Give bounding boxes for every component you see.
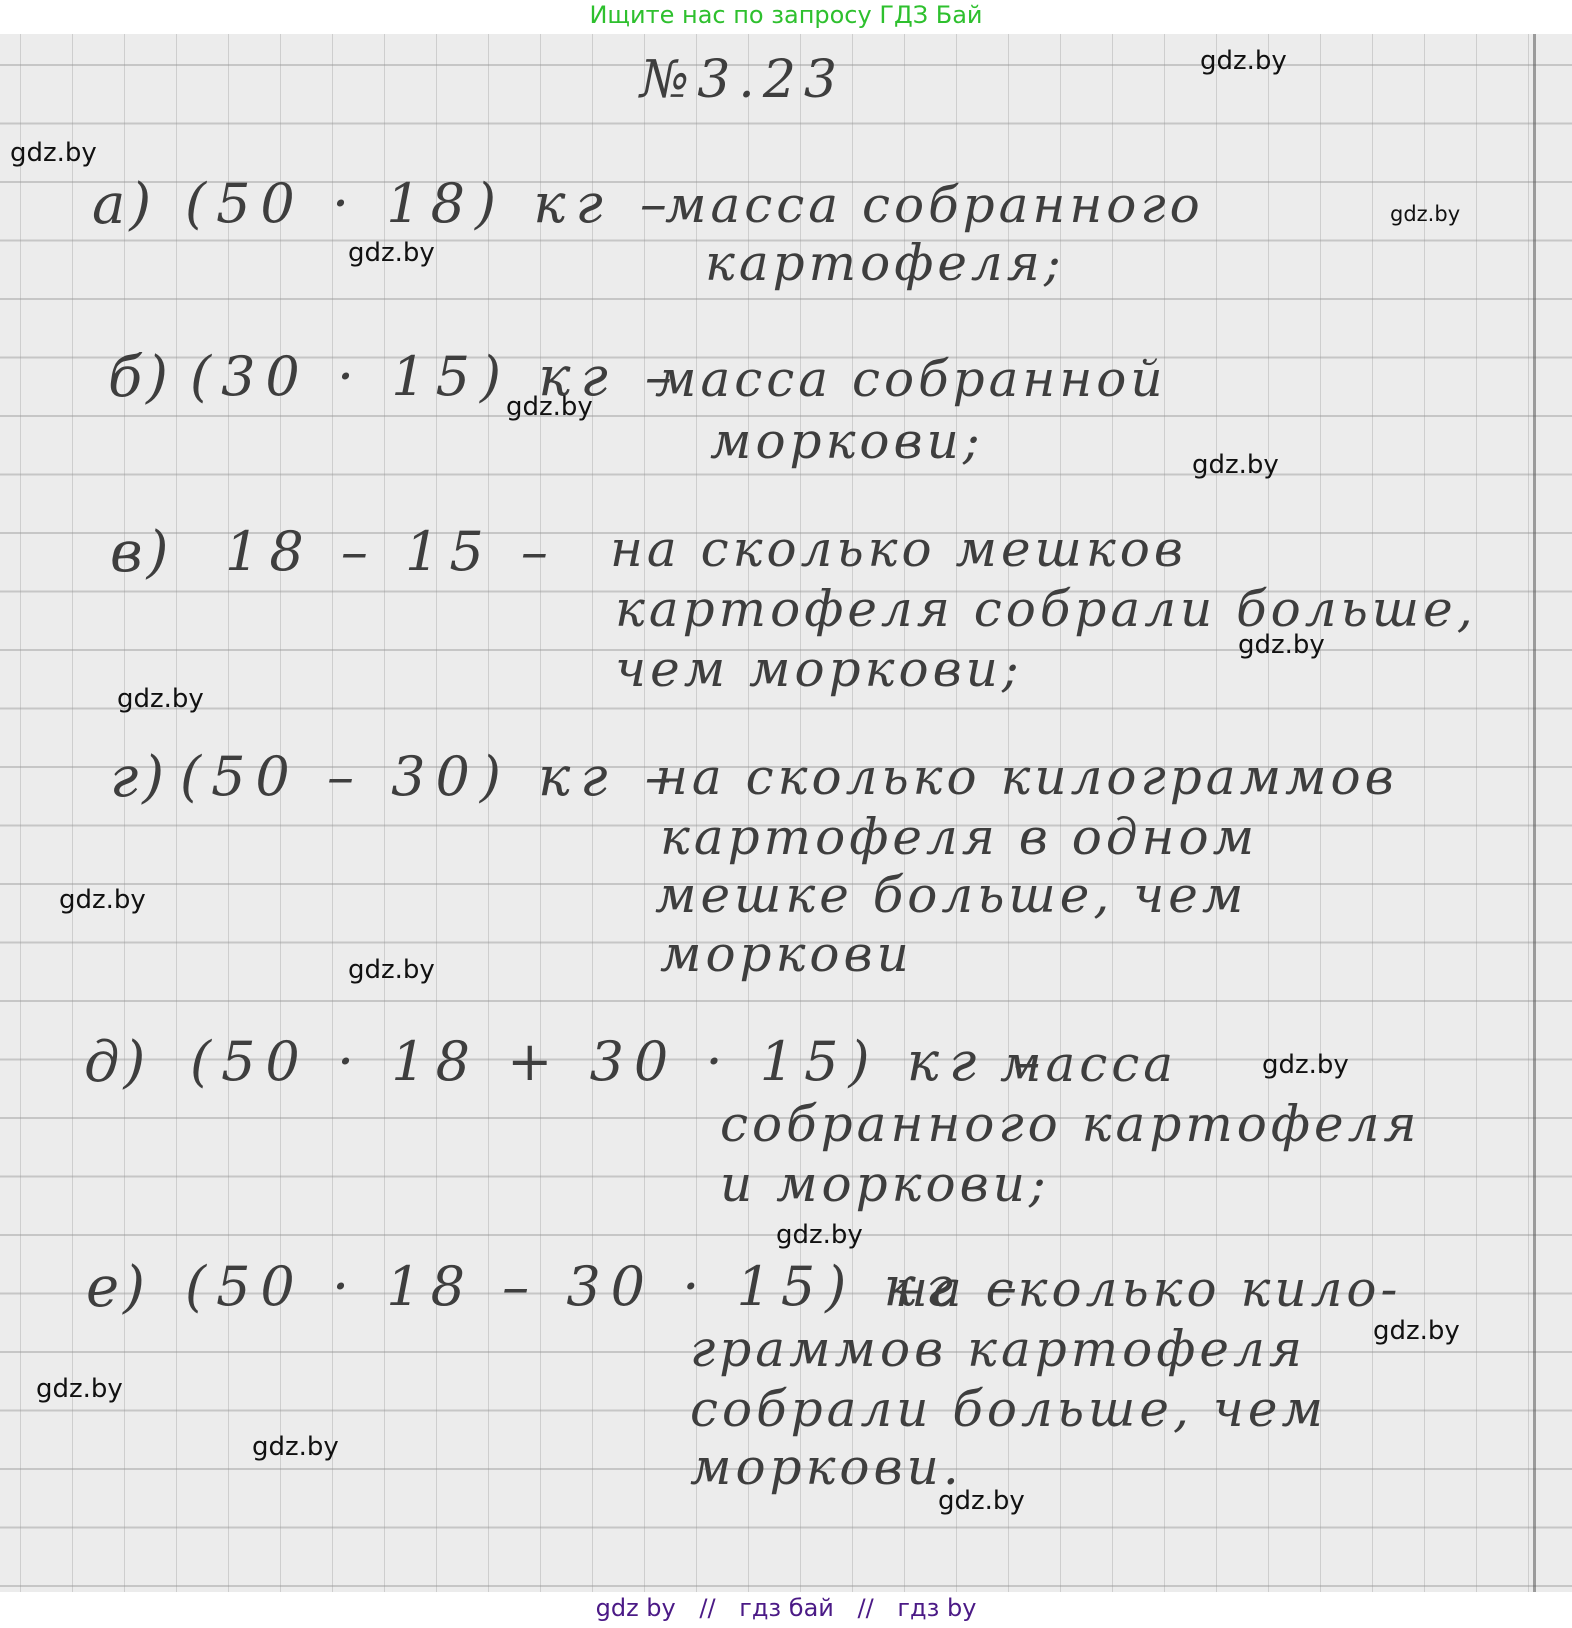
item-g-line-4: моркови: [660, 925, 913, 983]
watermark: gdz.by: [506, 392, 593, 422]
item-g-line-2: картофеля в одном: [660, 808, 1258, 866]
watermark: gdz.by: [1262, 1050, 1349, 1080]
watermark: gdz.by: [348, 238, 435, 268]
item-v-line-2: картофеля собрали больше,: [615, 580, 1477, 638]
watermark: gdz.by: [117, 684, 204, 714]
item-a-expression: (50 · 18) кг –: [185, 172, 677, 235]
item-b-line-1: масса собранной: [655, 350, 1167, 408]
item-b-line-2: моркови;: [710, 412, 984, 470]
search-hint-banner: Ищите нас по запросу ГДЗ Бай: [0, 0, 1572, 34]
item-e-label: е): [86, 1255, 149, 1320]
item-g-line-1: на сколько килограммов: [655, 748, 1398, 806]
footer-link-gdz-by-cyr[interactable]: гдз by: [897, 1594, 976, 1622]
footer-link-gdz-bay[interactable]: гдз бай: [739, 1594, 834, 1622]
watermark: gdz.by: [59, 885, 146, 915]
watermark: gdz.by: [252, 1432, 339, 1462]
item-v-line-3: чем моркови;: [615, 640, 1023, 698]
watermark: gdz.by: [1238, 630, 1325, 660]
item-g-expression: (50 – 30) кг –: [180, 745, 682, 808]
footer-separator: //: [858, 1594, 874, 1622]
item-d-label: д): [84, 1030, 149, 1095]
item-e-line-3: собрали больше, чем: [690, 1380, 1327, 1438]
watermark: gdz.by: [1373, 1316, 1460, 1346]
item-v-line-1: на сколько мешков: [610, 520, 1187, 578]
item-a-label: а): [92, 172, 155, 237]
watermark: gdz.by: [1192, 450, 1279, 480]
watermark: gdz.by: [938, 1486, 1025, 1516]
item-a-line-1: масса собранного: [665, 176, 1204, 234]
item-b-label: б): [108, 345, 172, 410]
item-e-line-4: моркови.: [690, 1438, 963, 1496]
item-e-line-1: на сколько кило-: [895, 1260, 1401, 1318]
watermark: gdz.by: [348, 955, 435, 985]
item-d-line-2: собранного картофеля: [720, 1095, 1421, 1153]
item-v-label: в): [110, 520, 172, 585]
item-b-expression: (30 · 15) кг –: [190, 345, 682, 408]
watermark: gdz.by: [36, 1374, 123, 1404]
watermark: gdz.by: [10, 138, 97, 168]
item-v-expression: 18 – 15 –: [225, 520, 558, 583]
item-a-line-2: картофеля;: [705, 234, 1065, 292]
item-d-line-1: масса: [1000, 1035, 1177, 1093]
footer-link-gdz-by[interactable]: gdz by: [596, 1594, 676, 1622]
item-e-line-2: граммов картофеля: [690, 1320, 1306, 1378]
watermark: gdz.by: [1390, 202, 1460, 226]
watermark: gdz.by: [776, 1220, 863, 1250]
footer-separator: //: [699, 1594, 715, 1622]
item-d-line-3: и моркови;: [720, 1155, 1050, 1213]
item-d-expression: (50 · 18 + 30 · 15) кг –: [190, 1030, 1050, 1093]
item-g-label: г): [110, 745, 168, 810]
margin-line: [1533, 34, 1536, 1592]
item-g-line-3: мешке больше, чем: [655, 866, 1247, 924]
exercise-title: №3.23: [640, 50, 845, 110]
footer-links: gdz by // гдз бай // гдз by: [0, 1592, 1572, 1628]
watermark: gdz.by: [1200, 46, 1287, 76]
